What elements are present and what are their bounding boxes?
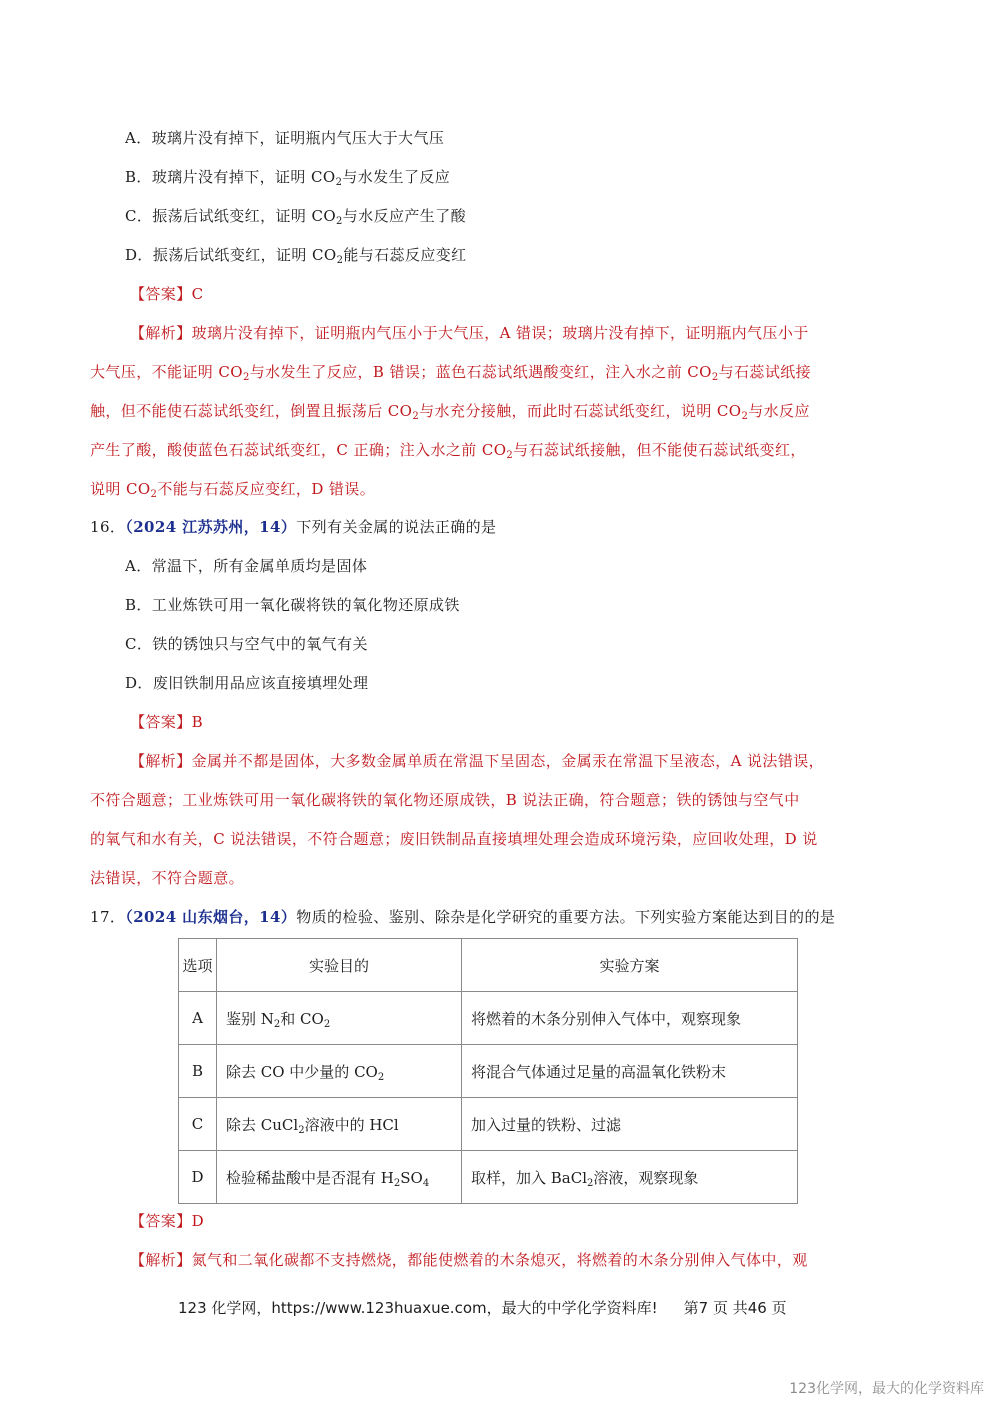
- option-label: A．: [125, 557, 152, 575]
- option-text: 振荡后试纸变红，证明 CO: [153, 246, 337, 264]
- answer-value: C: [192, 285, 204, 303]
- goal-text: 除去 CuCl: [226, 1116, 298, 1134]
- answer-tag: 【答案】: [130, 285, 192, 303]
- row-option: B: [179, 1045, 217, 1098]
- row-goal: 除去 CuCl2溶液中的 HCl: [217, 1098, 462, 1151]
- option-label: C．: [125, 207, 152, 225]
- header-option: 选项: [179, 939, 217, 992]
- plan-text: 取样，加入 BaCl: [471, 1169, 587, 1187]
- q16-option-d: D．废旧铁制用品应该直接填埋处理: [125, 672, 368, 694]
- q15-analysis-line-1: 【解析】玻璃片没有掉下，证明瓶内气压小于大气压，A 错误；玻璃片没有掉下，证明瓶…: [130, 322, 809, 344]
- q17-analysis-line-1: 【解析】氮气和二氧化碳都不支持燃烧，都能使燃着的木条熄灭，将燃着的木条分别伸入气…: [130, 1249, 808, 1271]
- experiment-table: 选项 实验目的 实验方案 A 鉴别 N2和 CO2 将燃着的木条分别伸入气体中，…: [178, 938, 798, 1204]
- row-plan: 取样，加入 BaCl2溶液，观察现象: [462, 1151, 798, 1204]
- analysis-text: 与石蕊试纸接触，但不能使石蕊试纸变红，: [513, 441, 806, 459]
- analysis-text: 金属并不都是固体，大多数金属单质在常温下呈固态，金属汞在常温下呈液态，A 说法错…: [192, 752, 824, 770]
- analysis-text: 氮气和二氧化碳都不支持燃烧，都能使燃着的木条熄灭，将燃着的木条分别伸入气体中，观: [192, 1251, 808, 1269]
- row-goal: 检验稀盐酸中是否混有 H2SO4: [217, 1151, 462, 1204]
- option-text: 工业炼铁可用一氧化碳将铁的氧化物还原成铁: [152, 596, 460, 614]
- q15-analysis-line-4: 产生了酸，酸使蓝色石蕊试纸变红，C 正确；注入水之前 CO2与石蕊试纸接触，但不…: [90, 439, 806, 461]
- option-text: 能与石蕊反应变红: [343, 246, 466, 264]
- analysis-text: 产生了酸，酸使蓝色石蕊试纸变红，C 正确；注入水之前 CO: [90, 441, 506, 459]
- q16-stem: 16．（2024 江苏苏州，14）下列有关金属的说法正确的是: [90, 516, 496, 538]
- q16-option-b: B．工业炼铁可用一氧化碳将铁的氧化物还原成铁: [125, 594, 460, 616]
- option-label: B．: [125, 596, 152, 614]
- header-goal: 实验目的: [217, 939, 462, 992]
- option-text: 振荡后试纸变红，证明 CO: [152, 207, 336, 225]
- q16-answer: 【答案】B: [130, 711, 203, 733]
- goal-text: 鉴别 N: [226, 1010, 274, 1028]
- q16-option-a: A．常温下，所有金属单质均是固体: [125, 555, 367, 577]
- q15-option-a: A．玻璃片没有掉下，证明瓶内气压大于大气压: [125, 127, 444, 149]
- analysis-tag: 【解析】: [130, 752, 192, 770]
- analysis-text: 与水发生了反应，B 错误；蓝色石蕊试纸遇酸变红，注入水之前 CO: [250, 363, 712, 381]
- q15-analysis-line-2: 大气压，不能证明 CO2与水发生了反应，B 错误；蓝色石蕊试纸遇酸变红，注入水之…: [90, 361, 811, 383]
- option-text: 铁的锈蚀只与空气中的氧气有关: [152, 635, 368, 653]
- goal-text: 检验稀盐酸中是否混有 H: [226, 1169, 394, 1187]
- row-option: D: [179, 1151, 217, 1204]
- subscript: 2: [336, 216, 343, 227]
- row-option: A: [179, 992, 217, 1045]
- analysis-tag: 【解析】: [130, 324, 192, 342]
- analysis-tag: 【解析】: [130, 1251, 192, 1269]
- analysis-text: 与水反应: [748, 402, 810, 420]
- subscript: 2: [712, 372, 719, 383]
- question-stem: 物质的检验、鉴别、除杂是化学研究的重要方法。下列实验方案能达到目的的是: [296, 908, 835, 926]
- option-label: A．: [125, 129, 152, 147]
- q17-answer: 【答案】D: [130, 1210, 204, 1232]
- answer-tag: 【答案】: [130, 1212, 192, 1230]
- row-plan: 将混合气体通过足量的高温氧化铁粉末: [462, 1045, 798, 1098]
- q15-analysis-line-3: 触，但不能使石蕊试纸变红，倒置且振荡后 CO2与水充分接触，而此时石蕊试纸变红，…: [90, 400, 810, 422]
- question-source: （2024 山东烟台，14）: [125, 908, 296, 926]
- q16-analysis-line-2: 不符合题意；工业炼铁可用一氧化碳将铁的氧化物还原成铁，B 说法正确，符合题意；铁…: [90, 789, 800, 811]
- table-row: C 除去 CuCl2溶液中的 HCl 加入过量的铁粉、过滤: [179, 1098, 798, 1151]
- q16-analysis-line-4: 法错误，不符合题意。: [90, 867, 244, 889]
- analysis-text: 不能与石蕊反应变红，D 错误。: [157, 480, 375, 498]
- q16-option-c: C．铁的锈蚀只与空气中的氧气有关: [125, 633, 368, 655]
- q15-option-c: C．振荡后试纸变红，证明 CO2与水反应产生了酸: [125, 205, 466, 227]
- subscript: 2: [324, 1019, 330, 1030]
- answer-tag: 【答案】: [130, 713, 192, 731]
- answer-value: B: [192, 713, 203, 731]
- question-stem: 下列有关金属的说法正确的是: [296, 518, 496, 536]
- footer-site-text: 123 化学网，https://www.123huaxue.com，最大的中学化…: [178, 1299, 658, 1317]
- goal-text: 除去 CO 中少量的 CO: [226, 1063, 378, 1081]
- option-label: C．: [125, 635, 152, 653]
- option-text: 与水发生了反应: [342, 168, 450, 186]
- q15-option-b: B．玻璃片没有掉下，证明 CO2与水发生了反应: [125, 166, 450, 188]
- q15-option-d: D．振荡后试纸变红，证明 CO2能与石蕊反应变红: [125, 244, 467, 266]
- analysis-text: 与石蕊试纸接: [719, 363, 811, 381]
- q15-analysis-line-5: 说明 CO2不能与石蕊反应变红，D 错误。: [90, 478, 375, 500]
- page-number: 第7 页 共46 页: [684, 1299, 787, 1317]
- question-source: （2024 江苏苏州，14）: [125, 518, 296, 536]
- table-row: B 除去 CO 中少量的 CO2 将混合气体通过足量的高温氧化铁粉末: [179, 1045, 798, 1098]
- goal-text: 溶液中的 HCl: [305, 1116, 399, 1134]
- subscript: 2: [378, 1072, 384, 1083]
- option-text: 与水反应产生了酸: [343, 207, 466, 225]
- subscript: 2: [243, 372, 250, 383]
- analysis-text: 玻璃片没有掉下，证明瓶内气压小于大气压，A 错误；玻璃片没有掉下，证明瓶内气压小…: [192, 324, 809, 342]
- plan-text: 溶液，观察现象: [593, 1169, 698, 1187]
- row-plan: 将燃着的木条分别伸入气体中，观察现象: [462, 992, 798, 1045]
- question-number: 16．: [90, 518, 125, 536]
- analysis-text: 大气压，不能证明 CO: [90, 363, 243, 381]
- option-text: 玻璃片没有掉下，证明瓶内气压大于大气压: [152, 129, 445, 147]
- question-number: 17．: [90, 908, 125, 926]
- goal-text: SO: [400, 1169, 423, 1187]
- header-plan: 实验方案: [462, 939, 798, 992]
- subscript: 4: [423, 1178, 429, 1189]
- q15-answer: 【答案】C: [130, 283, 204, 305]
- goal-text: 和 CO: [280, 1010, 324, 1028]
- option-text: 常温下，所有金属单质均是固体: [152, 557, 368, 575]
- table-header-row: 选项 实验目的 实验方案: [179, 939, 798, 992]
- option-text: 废旧铁制用品应该直接填埋处理: [153, 674, 369, 692]
- answer-value: D: [192, 1212, 204, 1230]
- option-label: B．: [125, 168, 152, 186]
- q16-analysis-line-3: 的氧气和水有关，C 说法错误，不符合题意；废旧铁制品直接填埋处理会造成环境污染，…: [90, 828, 818, 850]
- row-goal: 除去 CO 中少量的 CO2: [217, 1045, 462, 1098]
- option-label: D．: [125, 674, 153, 692]
- analysis-text: 说明 CO: [90, 480, 151, 498]
- table-row: A 鉴别 N2和 CO2 将燃着的木条分别伸入气体中，观察现象: [179, 992, 798, 1045]
- analysis-text: 触，但不能使石蕊试纸变红，倒置且振荡后 CO: [90, 402, 412, 420]
- option-label: D．: [125, 246, 153, 264]
- table-row: D 检验稀盐酸中是否混有 H2SO4 取样，加入 BaCl2溶液，观察现象: [179, 1151, 798, 1204]
- page-footer: 123 化学网，https://www.123huaxue.com，最大的中学化…: [178, 1297, 787, 1318]
- analysis-text: 与水充分接触，而此时石蕊试纸变红，说明 CO: [419, 402, 741, 420]
- option-text: 玻璃片没有掉下，证明 CO: [152, 168, 336, 186]
- row-plan: 加入过量的铁粉、过滤: [462, 1098, 798, 1151]
- row-option: C: [179, 1098, 217, 1151]
- q17-stem: 17．（2024 山东烟台，14）物质的检验、鉴别、除杂是化学研究的重要方法。下…: [90, 906, 835, 928]
- q16-analysis-line-1: 【解析】金属并不都是固体，大多数金属单质在常温下呈固态，金属汞在常温下呈液态，A…: [130, 750, 824, 772]
- row-goal: 鉴别 N2和 CO2: [217, 992, 462, 1045]
- watermark: 123化学网，最大的化学资料库: [789, 1378, 984, 1398]
